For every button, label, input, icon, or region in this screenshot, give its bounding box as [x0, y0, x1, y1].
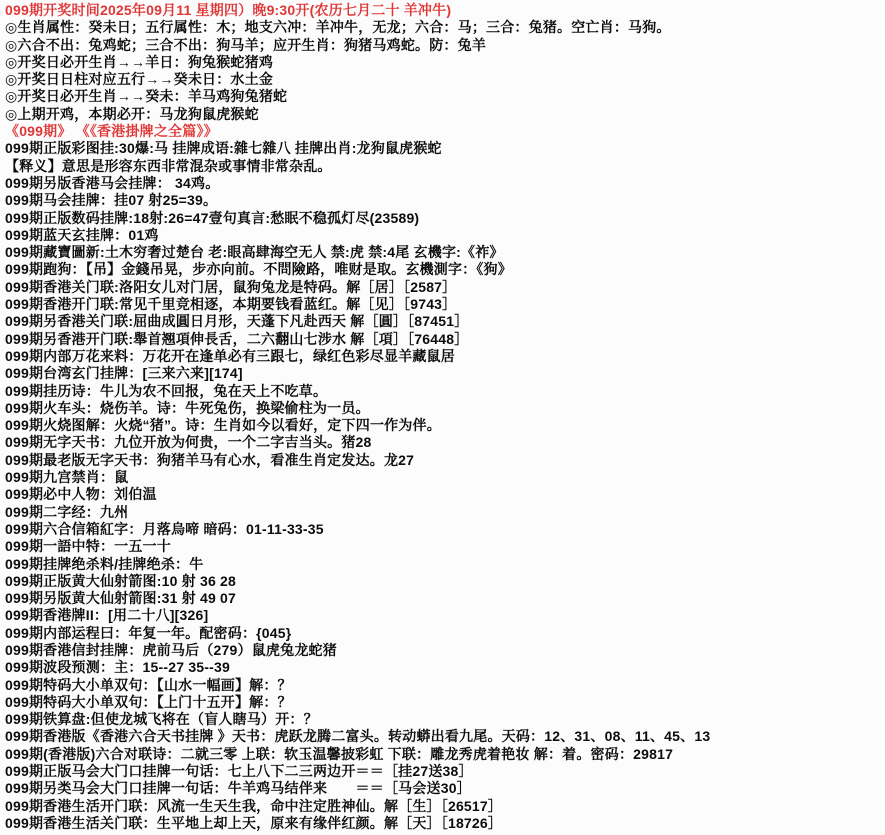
text-line: 099期九宫禁肖：鼠	[5, 469, 885, 486]
text-line: 099期蓝天玄挂牌：01鸡	[5, 227, 885, 244]
text-line: 【释义】意思是形容东西非常混杂或事情非常杂乱。	[5, 158, 885, 175]
text-line: 099期藏寶圖新:土木穷奢过楚台 老:眼高肆海空无人 禁:虎 禁:4尾 玄機字:…	[5, 244, 885, 261]
text-line: 099期火车头：烧伤羊。诗：牛死兔伤，换梁偷柱为一员。	[5, 400, 885, 417]
text-line: 099期开奖时间2025年09月11 星期四）晚9:30开(农历七月二十 羊冲牛…	[5, 2, 885, 19]
text-line: ◎开奖日日柱对应五行→→癸未日：水土金	[5, 71, 885, 88]
text-line: 099期香港生活关门联：生平地上却上天，原来有缘伴红颜。解［天］［18726］	[5, 815, 885, 832]
text-line: 099期另香港开门联:舉首翘項伸長舌，二六翻山七涉水 解［項］［76448］	[5, 331, 885, 348]
text-line: 099期二字经：九州	[5, 504, 885, 521]
text-line: 099期一語中特：一五一十	[5, 538, 885, 555]
text-line: 099期正版黄大仙射箭图:10 射 36 28	[5, 573, 885, 590]
text-line: 099期(香港版)六合对联诗：二就三零 上联：软玉温馨披彩虹 下联：雕龙秀虎着艳…	[5, 746, 885, 763]
text-line: 099期香港版《香港六合天书挂牌 》天书：虎跃龙腾二富头。转动蟒出看九尾。天码：…	[5, 728, 885, 745]
text-line: 099期正版数码挂牌:18射:26=47壹句真言:愁眠不稳孤灯尽(23589)	[5, 210, 885, 227]
text-line: 099期无字天书：九位开放为何贵，一个二字吉当头。猪28	[5, 434, 885, 451]
text-line: ◎生肖属性：癸未日；五行属性：木；地支六冲：羊冲牛，无龙；六合：马；三合：兔猪。…	[5, 19, 885, 36]
text-line: 099期最老版无字天书：狗猪羊马有心水，看准生肖定发达。龙27	[5, 452, 885, 469]
content-lines: 099期开奖时间2025年09月11 星期四）晚9:30开(农历七月二十 羊冲牛…	[5, 2, 885, 832]
text-line: 099期特码大小单双句：【山水一幅画】解：？	[5, 677, 885, 694]
text-line: 099期必中人物：刘伯温	[5, 486, 885, 503]
text-line: 099期另版黄大仙射箭图:31 射 49 07	[5, 590, 885, 607]
text-line: 099期香港牌II：[用二十八][326]	[5, 607, 885, 624]
text-line: ◎开奖日必开生肖→→羊日：狗兔猴蛇猪鸡	[5, 54, 885, 71]
text-line: 099期跑狗：【吊】金錢吊晃，步亦向前。不問險路，唯财是取。玄機測字：《狗》	[5, 261, 885, 278]
text-line: 099期另香港关门联:屈曲成圓日月形，天蓬下凡赴西天 解［圓］［87451］	[5, 313, 885, 330]
text-line: 099期香港关门联:洛阳女儿对门居，鼠狗兔龙是特码。解［居］［2587］	[5, 279, 885, 296]
text-line: ◎六合不出：兔鸡蛇；三合不出：狗马羊；应开生肖：狗猪马鸡蛇。防：兔羊	[5, 37, 885, 54]
text-line: 099期台湾玄门挂牌：[三来六来][174]	[5, 365, 885, 382]
text-line: 《099期》 《《香港掛牌之全篇》》	[5, 123, 885, 140]
text-line: 099期香港信封挂牌：虎前马后（279）鼠虎兔龙蛇猪	[5, 642, 885, 659]
text-line: 099期内部运程曰：年复一年。配密码：{045}	[5, 625, 885, 642]
text-line: 099期香港生活开门联：风流一生天生我，命中注定胜神仙。解［生］［26517］	[5, 798, 885, 815]
text-line: 099期挂牌绝杀料/挂牌绝杀：牛	[5, 556, 885, 573]
text-line: ◎开奖日必开生肖→→癸未：羊马鸡狗兔猪蛇	[5, 88, 885, 105]
text-line: 099期波段预测：主：15--27 35--39	[5, 659, 885, 676]
text-line: ◎上期开鸡，本期必开：马龙狗鼠虎猴蛇	[5, 106, 885, 123]
text-line: 099期特码大小单双句：【上门十五开】解：？	[5, 694, 885, 711]
text-line: 099期火烧图解：火烧“猪”。诗：生肖如今以看好，定下四一作为伴。	[5, 417, 885, 434]
text-line: 099期香港开门联:常见千里竞相逐，本期要钱看蓝红。解［见］［9743］	[5, 296, 885, 313]
lottery-info-page: 099期开奖时间2025年09月11 星期四）晚9:30开(农历七月二十 羊冲牛…	[0, 0, 885, 835]
text-line: 099期正版马会大门口挂牌一句话：七上八下二三两边开＝＝［挂27送38］	[5, 763, 885, 780]
text-line: 099期正版彩图挂:30爆:马 挂牌成语:雜七雜八 挂牌出肖:龙狗鼠虎猴蛇	[5, 140, 885, 157]
text-line: 099期六合信箱紅字：月落烏啼 暗码：01-11-33-35	[5, 521, 885, 538]
text-line: 099期另类马会大门口挂牌一句话：牛羊鸡马结伴来 ＝＝［马会送30］	[5, 780, 885, 797]
text-line: 099期挂历诗：牛儿为农不回报，兔在天上不吃草。	[5, 383, 885, 400]
text-line: 099期另版香港马会挂牌： 34鸡。	[5, 175, 885, 192]
text-line: 099期内部万花来料：万花开在逢单必有三跟七，绿红色彩尽显羊藏鼠居	[5, 348, 885, 365]
text-line: 099期铁算盘:但使龙城飞将在（盲人瞎马）开：？	[5, 711, 885, 728]
text-line: 099期马会挂牌：挂07 射25=39。	[5, 192, 885, 209]
